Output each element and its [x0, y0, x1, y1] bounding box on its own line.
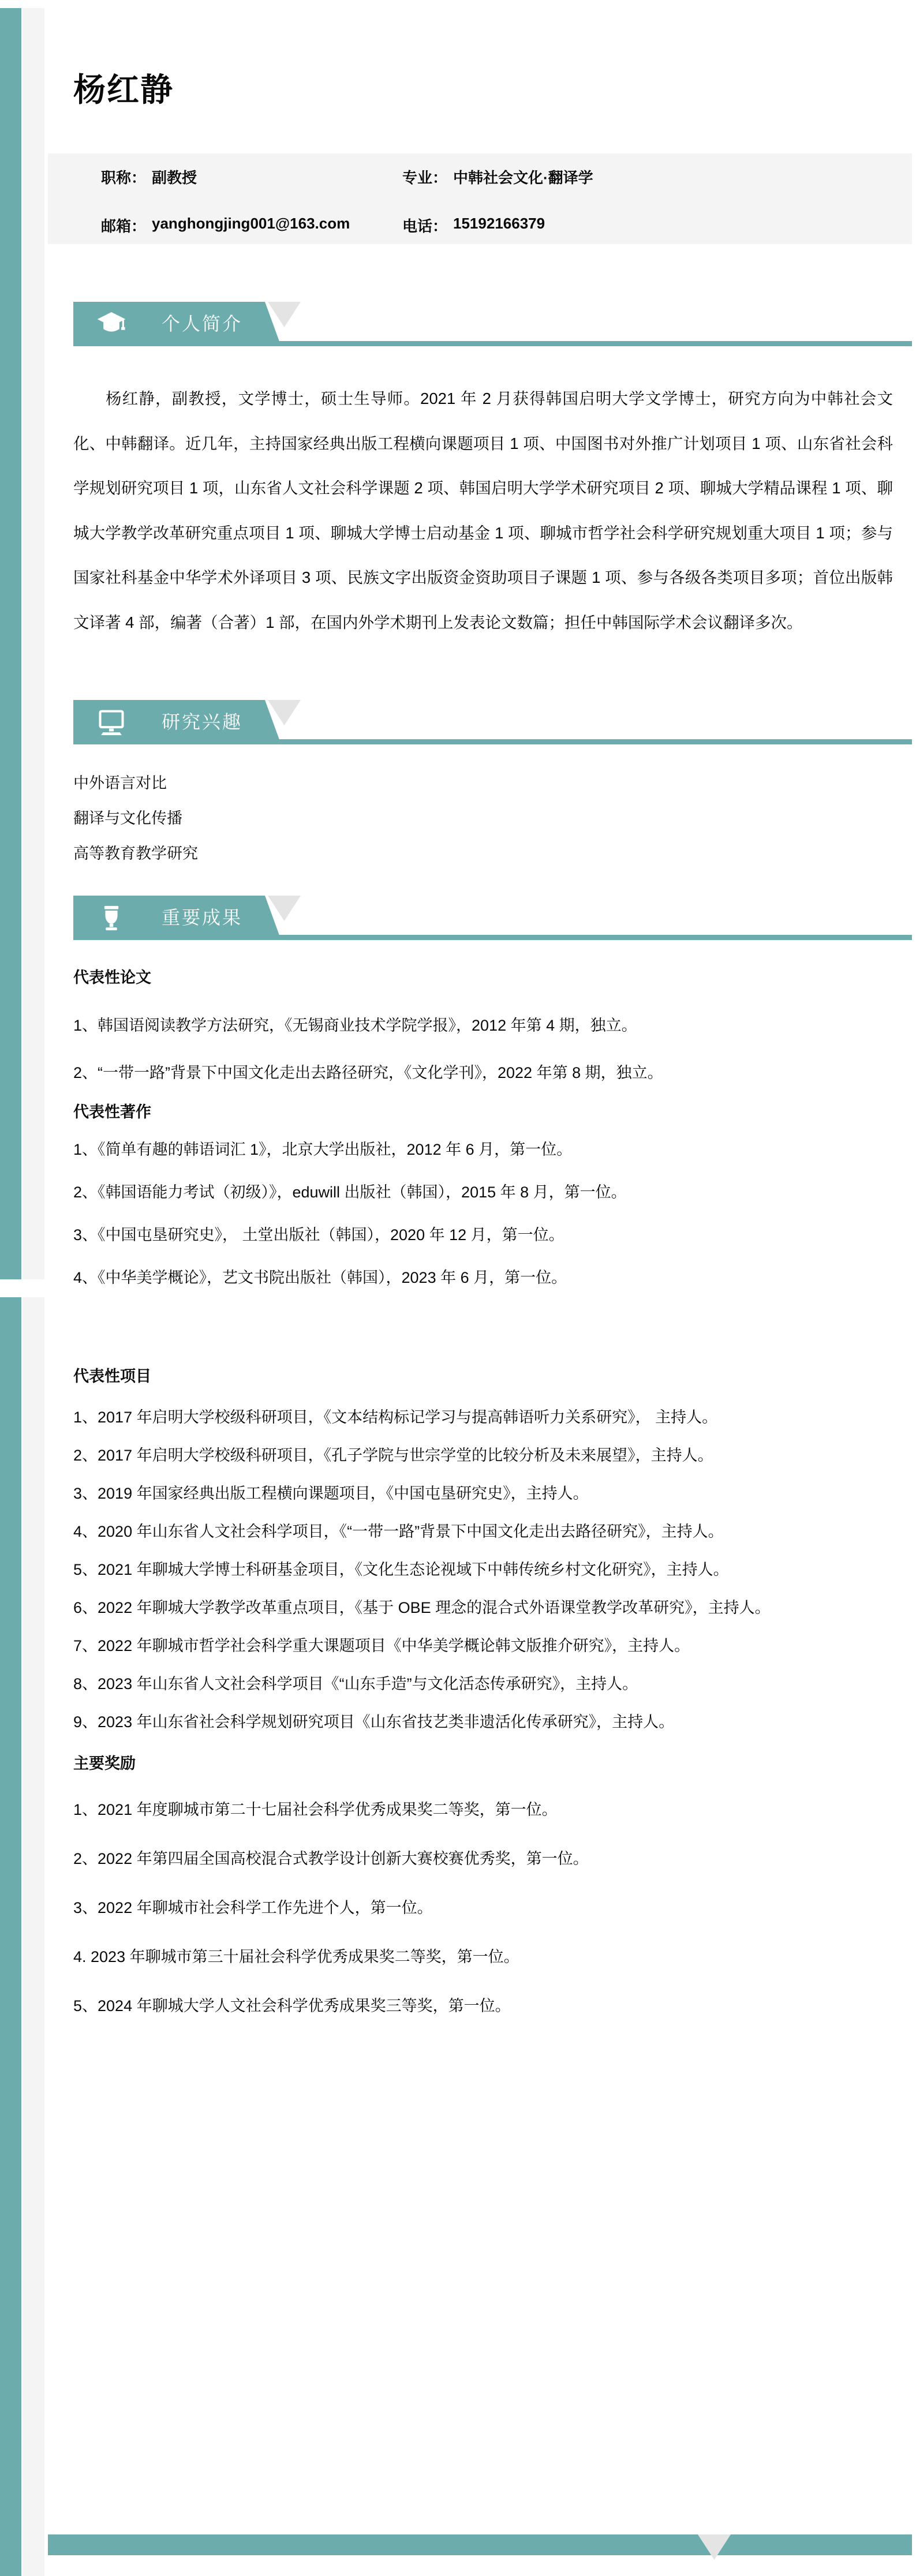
contact-info-box: 职称： 副教授 专业： 中韩社会文化·翻译学 邮箱： yanghongjing0…	[48, 153, 912, 244]
trophy-icon	[96, 903, 126, 933]
banner-underline	[279, 739, 912, 744]
list-item: 1、2021 年度聊城市第二十七届社会科学优秀成果奖二等奖，第一位。	[73, 1785, 900, 1834]
list-item: 5、2024 年聊城大学人文社会科学优秀成果奖三等奖，第一位。	[73, 1982, 900, 2031]
list-item: 4、《中华美学概论》，艺文书院出版社（韩国），2023 年 6 月，第一位。	[73, 1256, 900, 1299]
list-item: 2、2022 年第四届全国高校混合式教学设计创新大赛校赛优秀奖，第一位。	[73, 1834, 900, 1884]
section-title-interests: 研究兴趣	[162, 700, 242, 744]
list-item: 6、2022 年聊城大学教学改革重点项目，《基于 OBE 理念的混合式外语课堂教…	[73, 1589, 900, 1627]
footer-bar	[48, 2534, 912, 2555]
left-gray-strip-page1	[23, 8, 44, 1279]
email-value: yanghongjing001@163.com	[152, 215, 350, 236]
list-item: 1、2017 年启明大学校级科研项目，《文本结构标记学习与提高韩语听力关系研究》…	[73, 1398, 900, 1436]
major-value: 中韩社会文化·翻译学	[453, 166, 593, 188]
list-item: 3、《中国屯垦研究史》， 土堂出版社（韩国），2020 年 12 月，第一位。	[73, 1214, 900, 1256]
papers-list: 1、韩国语阅读教学方法研究，《无锡商业技术学院学报》，2012 年第 4 期，独…	[73, 1002, 900, 1096]
banner-underline	[279, 935, 912, 940]
banner-underline	[279, 341, 912, 346]
list-item: 中外语言对比	[73, 766, 198, 801]
section-header-intro: 个人简介	[73, 302, 912, 346]
interests-list: 中外语言对比翻译与文化传播高等教育教学研究	[73, 766, 198, 871]
projects-heading: 代表性项目	[73, 1361, 900, 1392]
papers-heading: 代表性论文	[73, 962, 900, 994]
list-item: 1、韩国语阅读教学方法研究，《无锡商业技术学院学报》，2012 年第 4 期，独…	[73, 1002, 900, 1049]
awards-heading: 主要奖励	[73, 1748, 900, 1780]
email-label: 邮箱：	[101, 215, 146, 236]
intro-paragraph: 杨红静，副教授，文学博士，硕士生导师。2021 年 2 月获得韩国启明大学文学博…	[73, 376, 893, 645]
achievements-page1: 代表性论文 1、韩国语阅读教学方法研究，《无锡商业技术学院学报》，2012 年第…	[73, 962, 900, 1299]
list-item: 3、2022 年聊城市社会科学工作先进个人，第一位。	[73, 1884, 900, 1933]
list-item: 5、2021 年聊城大学博士科研基金项目，《文化生态论视域下中韩传统乡村文化研究…	[73, 1551, 900, 1589]
projects-list: 1、2017 年启明大学校级科研项目，《文本结构标记学习与提高韩语听力关系研究》…	[73, 1398, 900, 1741]
left-teal-strip-page1	[0, 8, 21, 1279]
awards-list: 1、2021 年度聊城市第二十七届社会科学优秀成果奖二等奖，第一位。2、2022…	[73, 1785, 900, 2031]
books-list: 1、《简单有趣的韩语词汇 1》，北京大学出版社，2012 年 6 月，第一位。2…	[73, 1128, 900, 1299]
list-item: 2、《韩国语能力考试（初级）》，eduwill 出版社（韩国），2015 年 8…	[73, 1171, 900, 1214]
left-teal-strip-page2	[0, 1297, 21, 2576]
graduation-cap-icon	[96, 309, 126, 339]
section-title-achievements: 重要成果	[162, 896, 242, 940]
list-item: 1、《简单有趣的韩语词汇 1》，北京大学出版社，2012 年 6 月，第一位。	[73, 1128, 900, 1171]
title-label: 职称：	[101, 166, 146, 188]
major-field: 专业： 中韩社会文化·翻译学	[402, 166, 593, 188]
list-item: 高等教育教学研究	[73, 836, 198, 871]
section-header-interests: 研究兴趣	[73, 700, 912, 744]
books-heading: 代表性著作	[73, 1096, 900, 1128]
title-value: 副教授	[152, 166, 197, 188]
left-gray-strip-page2	[23, 1297, 44, 2576]
list-item: 2、“一带一路”背景下中国文化走出去路径研究，《文化学刊》，2022 年第 8 …	[73, 1049, 900, 1096]
list-item: 9、2023 年山东省社会科学规划研究项目《山东省技艺类非遗活化传承研究》，主持…	[73, 1703, 900, 1741]
list-item: 7、2022 年聊城市哲学社会科学重大课题项目《中华美学概论韩文版推介研究》，主…	[73, 1627, 900, 1665]
title-field: 职称： 副教授	[101, 166, 402, 188]
list-item: 2、2017 年启明大学校级科研项目，《孔子学院与世宗学堂的比较分析及未来展望》…	[73, 1436, 900, 1474]
list-item: 3、2019 年国家经典出版工程横向课题项目，《中国屯垦研究史》，主持人。	[73, 1474, 900, 1512]
monitor-icon	[96, 707, 126, 737]
major-label: 专业：	[402, 166, 447, 188]
list-item: 4、2020 年山东省人文社会科学项目，《“一带一路”背景下中国文化走出去路径研…	[73, 1512, 900, 1551]
phone-value: 15192166379	[453, 215, 545, 236]
page-title: 杨红静	[73, 65, 174, 111]
phone-label: 电话：	[402, 215, 447, 236]
achievements-page2: 代表性项目 1、2017 年启明大学校级科研项目，《文本结构标记学习与提高韩语听…	[73, 1361, 900, 2031]
section-header-achievements: 重要成果	[73, 896, 912, 940]
list-item: 4. 2023 年聊城市第三十届社会科学优秀成果奖二等奖，第一位。	[73, 1933, 900, 1982]
list-item: 翻译与文化传播	[73, 801, 198, 836]
phone-field: 电话： 15192166379	[402, 215, 545, 236]
section-title-intro: 个人简介	[162, 302, 242, 346]
list-item: 8、2023 年山东省人文社会科学项目《“山东手造”与文化活态传承研究》，主持人…	[73, 1665, 900, 1703]
email-field: 邮箱： yanghongjing001@163.com	[101, 215, 402, 236]
